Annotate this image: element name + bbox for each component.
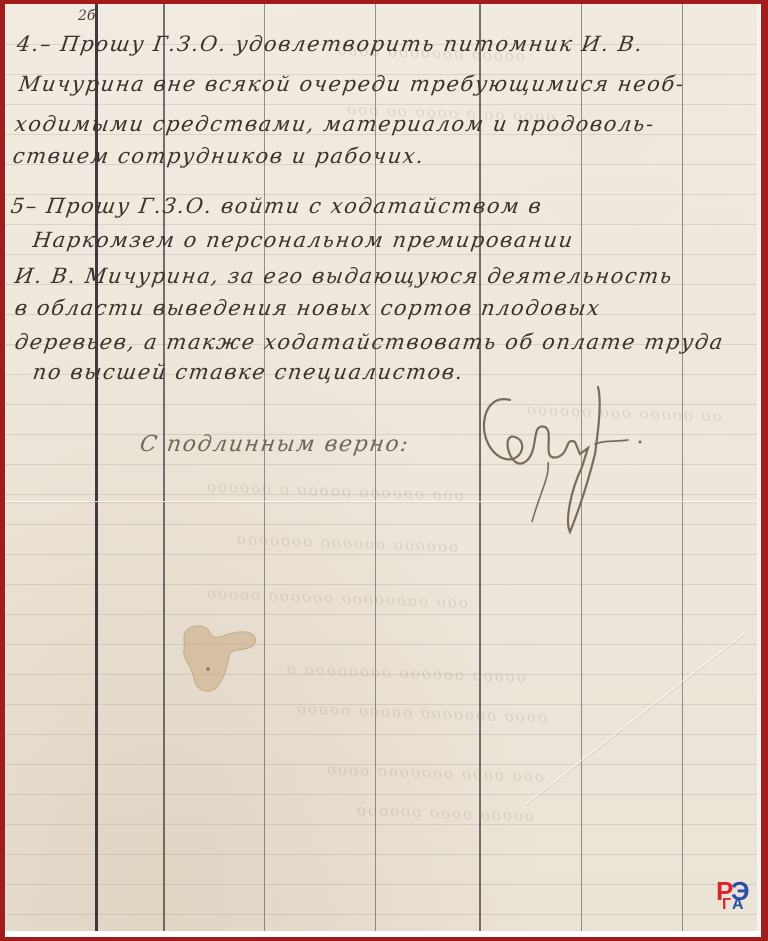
logo-letter-g: Г — [722, 896, 731, 914]
page-number: 2б — [78, 8, 95, 24]
handwritten-line: ствием сотрудников и рабочих. — [11, 144, 426, 168]
handwritten-line: в области выведения новых сортов плодовы… — [13, 296, 602, 320]
signature-scrawl-icon — [470, 382, 650, 542]
handwritten-line: Наркомзем о персональном премировании — [31, 228, 575, 252]
archive-logo: Р Г А Э — [716, 876, 746, 916]
page-edge-bottom — [5, 931, 761, 937]
signature — [470, 382, 650, 546]
handwritten-line: Мичурина вне всякой очереди требующимися… — [17, 72, 686, 96]
handwritten-line: деревьев, а также ходатайствовать об опл… — [13, 330, 725, 354]
document-page: ооооо ооооооо оооо оооо оо о оооо оо ооо… — [5, 4, 761, 931]
handwritten-line: И. В. Мичурина, за его выдающуюся деятел… — [13, 264, 674, 288]
page-edge — [757, 4, 761, 937]
handwritten-line: 4.– Прошу Г.З.О. удовлетворить питомник … — [15, 32, 645, 56]
fold-crease-diagonal — [525, 632, 746, 805]
handwritten-line: ходимыми средствами, материалом и продов… — [13, 112, 656, 136]
certification-text: С подлинным верно: — [138, 432, 411, 457]
logo-letter-e: Э — [731, 876, 750, 907]
paper-stain — [178, 621, 264, 701]
handwritten-line: по высшей ставке специалистов. — [31, 360, 465, 384]
handwritten-line: 5– Прошу Г.З.О. войти с ходатайством в — [9, 194, 544, 218]
